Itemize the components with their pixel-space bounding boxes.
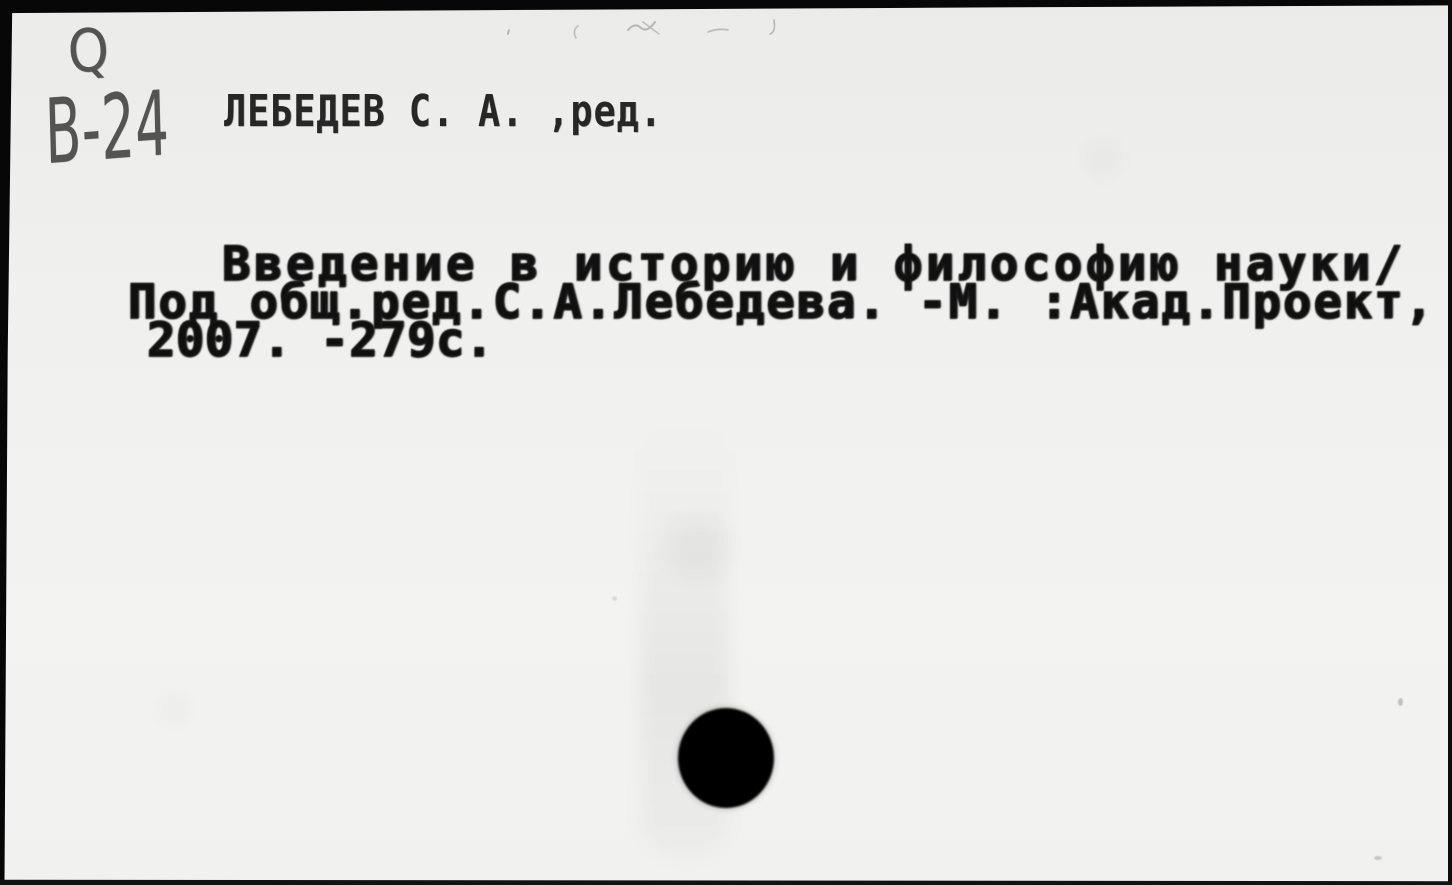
bibliography-year-pages-line: 2007. -279с.	[147, 317, 494, 364]
scan-edge-left	[0, 0, 14, 885]
scan-edge-right	[1448, 0, 1452, 885]
scan-speck	[1398, 698, 1403, 706]
scan-speck	[612, 596, 617, 601]
faint-pencil-marks	[470, 8, 870, 52]
scan-speck	[1374, 856, 1382, 860]
call-number-shelf-code: В-24	[44, 79, 170, 178]
hole-punch-dot	[678, 708, 774, 808]
call-number-class-letter: Q	[66, 21, 111, 83]
scan-edge-bottom	[0, 876, 1452, 885]
author-heading: ЛЕБЕДЕВ С. А. ,ред.	[224, 86, 663, 139]
library-catalog-card-scan: Q В-24 ЛЕБЕДЕВ С. А. ,ред. Введение в ис…	[0, 0, 1452, 885]
